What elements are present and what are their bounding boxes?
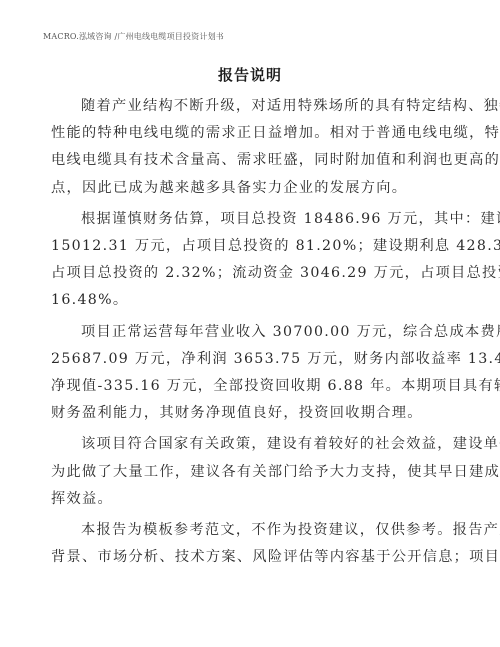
text-line: 点，因此已成为越来越多具备实力企业的发展方向。 xyxy=(51,175,441,202)
text-line: 净现值-335.16 万元，全部投资回收期 6.88 年。本期项目具有较强的 xyxy=(51,373,441,400)
text-line: 为此做了大量工作，建议各有关部门给予大力支持，使其早日建成发 xyxy=(51,459,441,486)
text-line: 背景、市场分析、技术方案、风险评估等内容基于公开信息；项目建 xyxy=(51,544,441,571)
text-line: 本报告为模板参考范文，不作为投资建议，仅供参考。报告产业 xyxy=(51,517,441,544)
document-body: 随着产业结构不断升级，对适用特殊场所的具有特定结构、独特 性能的特种电线电缆的需… xyxy=(51,93,441,571)
text-line: 挥效益。 xyxy=(51,486,441,513)
paragraph-disclaimer: 本报告为模板参考范文，不作为投资建议，仅供参考。报告产业 背景、市场分析、技术方… xyxy=(51,517,441,571)
document-page: MACRO.泓域咨询 /广州电线电缆项目投资计划书 报告说明 随着产业结构不断升… xyxy=(0,0,500,647)
text-line: 16.48%。 xyxy=(51,287,441,314)
running-header: MACRO.泓域咨询 /广州电线电缆项目投资计划书 xyxy=(43,31,224,43)
paragraph-financial-returns: 项目正常运营每年营业收入 30700.00 万元，综合总成本费用 25687.0… xyxy=(51,319,441,428)
paragraph-industry-background: 随着产业结构不断升级，对适用特殊场所的具有特定结构、独特 性能的特种电线电缆的需… xyxy=(51,93,441,202)
text-line: 根据谨慎财务估算，项目总投资 18486.96 万元，其中：建设投资 xyxy=(51,206,441,233)
text-line: 25687.09 万元，净利润 3653.75 万元，财务内部收益率 13.48… xyxy=(51,346,441,373)
text-line: 该项目符合国家有关政策，建设有着较好的社会效益，建设单位 xyxy=(51,431,441,458)
text-line: 随着产业结构不断升级，对适用特殊场所的具有特定结构、独特 xyxy=(51,93,441,120)
paragraph-policy-support: 该项目符合国家有关政策，建设有着较好的社会效益，建设单位 为此做了大量工作，建议… xyxy=(51,431,441,513)
document-title: 报告说明 xyxy=(0,65,500,85)
text-line: 占项目总投资的 2.32%；流动资金 3046.29 万元，占项目总投资的 xyxy=(51,260,441,287)
text-line: 项目正常运营每年营业收入 30700.00 万元，综合总成本费用 xyxy=(51,319,441,346)
text-line: 财务盈利能力，其财务净现值良好，投资回收期合理。 xyxy=(51,400,441,427)
text-line: 性能的特种电线电缆的需求正日益增加。相对于普通电线电缆，特种 xyxy=(51,120,441,147)
text-line: 15012.31 万元，占项目总投资的 81.20%；建设期利息 428.36 … xyxy=(51,233,441,260)
paragraph-investment-estimate: 根据谨慎财务估算，项目总投资 18486.96 万元，其中：建设投资 15012… xyxy=(51,206,441,315)
text-line: 电线电缆具有技术含量高、需求旺盛，同时附加值和利润也更高的特 xyxy=(51,147,441,174)
